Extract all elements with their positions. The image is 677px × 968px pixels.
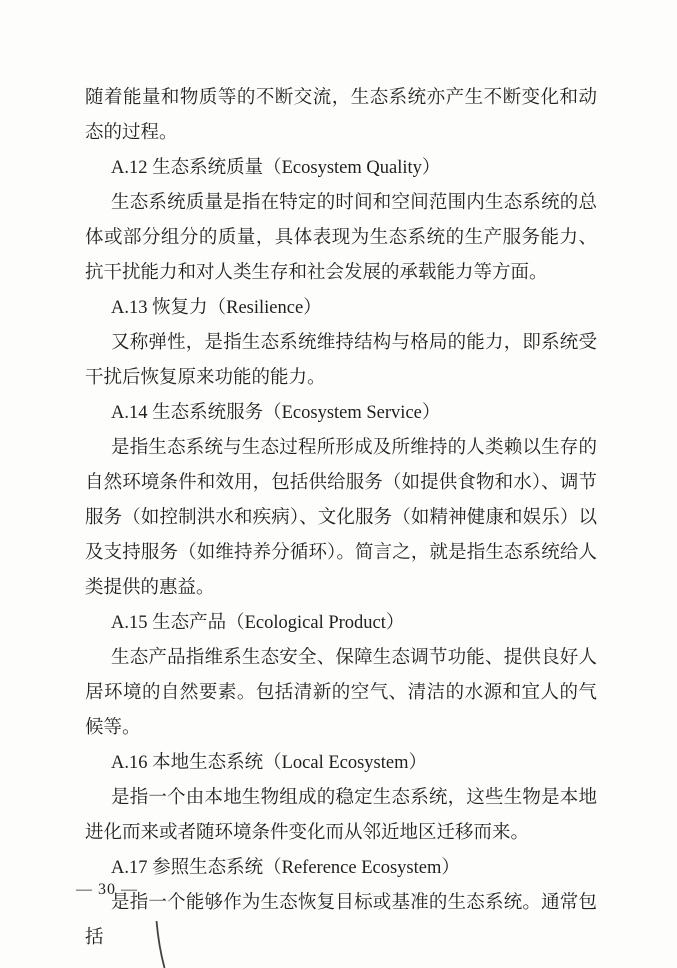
section-heading-a14: A.14 生态系统服务（Ecosystem Service） (85, 396, 597, 431)
paragraph-a15: 生态产品指维系生态安全、保障生态调节功能、提供良好人居环境的自然要素。包括清新的… (85, 641, 597, 746)
section-heading-a12: A.12 生态系统质量（Ecosystem Quality） (85, 151, 597, 186)
section-heading-a16: A.16 本地生态系统（Local Ecosystem） (85, 746, 597, 781)
paragraph-a12: 生态系统质量是指在特定的时间和空间范围内生态系统的总体或部分组分的质量，具体表现… (85, 186, 597, 291)
document-page: 随着能量和物质等的不断交流，生态系统亦产生不断变化和动态的过程。 A.12 生态… (0, 0, 677, 968)
page-number: — 30 — (76, 879, 138, 901)
section-heading-a17: A.17 参照生态系统（Reference Ecosystem） (85, 851, 597, 886)
document-body: 随着能量和物质等的不断交流，生态系统亦产生不断变化和动态的过程。 A.12 生态… (85, 81, 597, 956)
section-heading-a13: A.13 恢复力（Resilience） (85, 291, 597, 326)
paragraph-a17: 是指一个能够作为生态恢复目标或基准的生态系统。通常包括 (85, 886, 597, 956)
paragraph-continuation: 随着能量和物质等的不断交流，生态系统亦产生不断变化和动态的过程。 (85, 81, 597, 151)
section-heading-a15: A.15 生态产品（Ecological Product） (85, 606, 597, 641)
paragraph-a13: 又称弹性，是指生态系统维持结构与格局的能力，即系统受干扰后恢复原来功能的能力。 (85, 326, 597, 396)
paragraph-a14: 是指生态系统与生态过程所形成及所维持的人类赖以生存的自然环境条件和效用，包括供给… (85, 431, 597, 606)
paragraph-a16: 是指一个由本地生物组成的稳定生态系统，这些生物是本地进化而来或者随环境条件变化而… (85, 781, 597, 851)
